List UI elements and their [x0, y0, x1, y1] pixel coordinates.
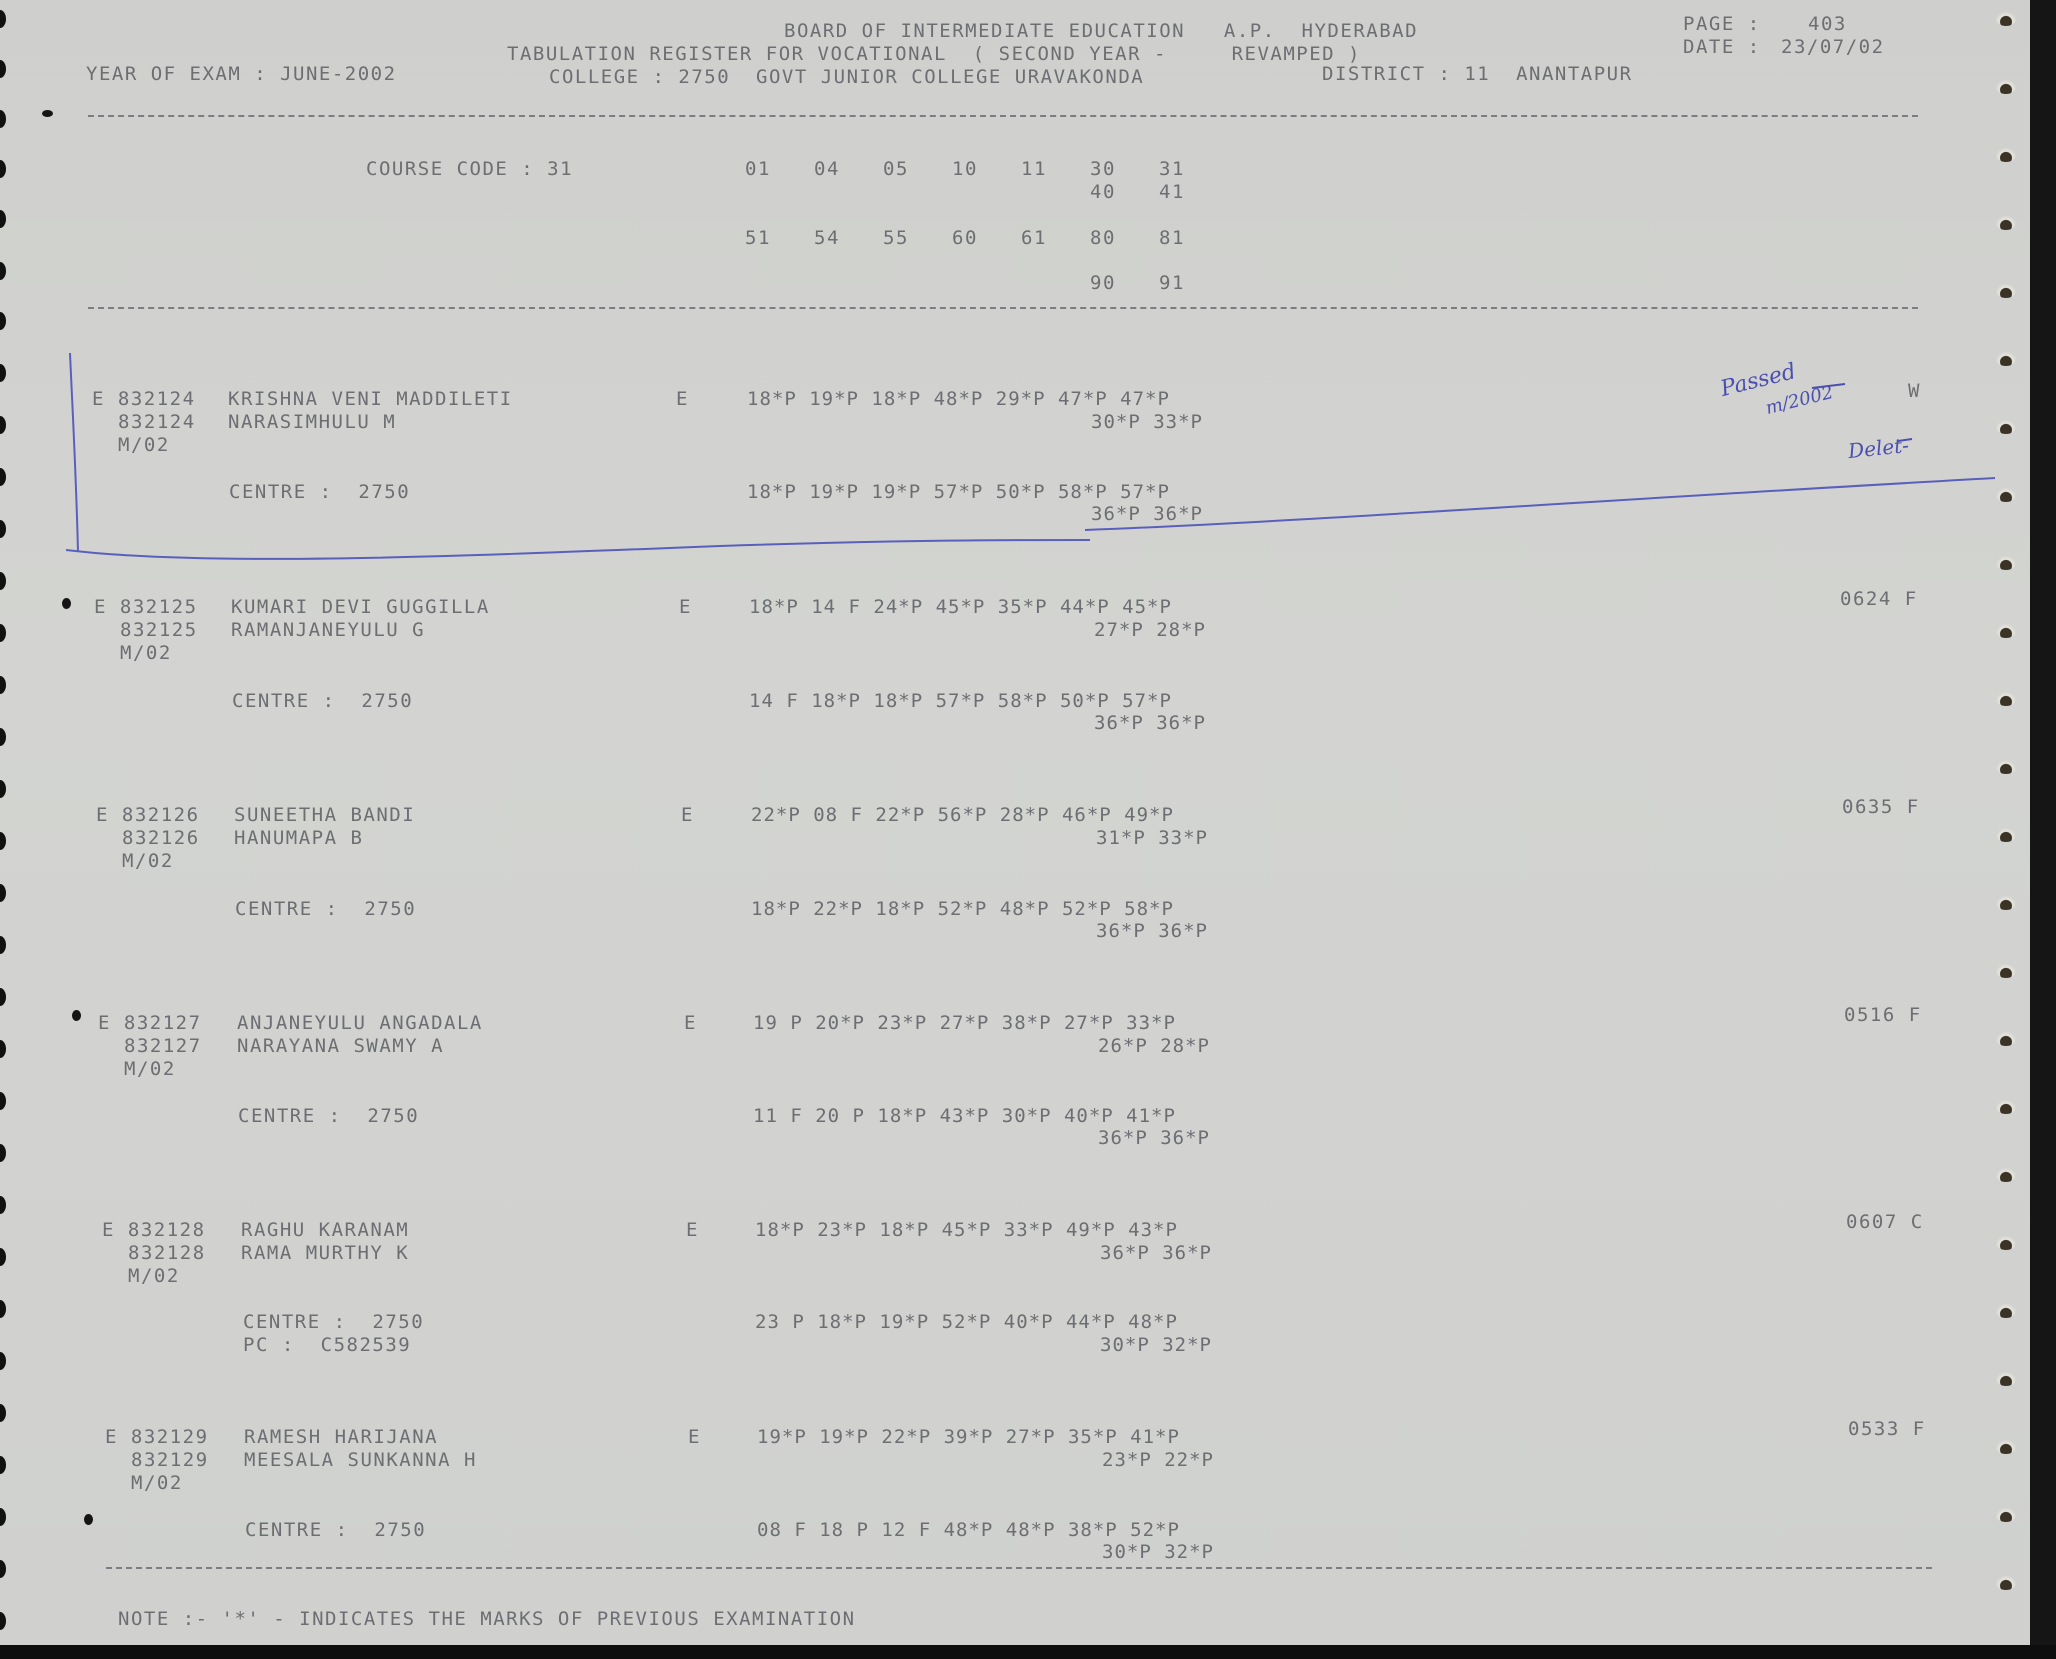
ink-dot — [62, 598, 71, 609]
printout-page: BOARD OF INTERMEDIATE EDUCATION A.P. HYD… — [0, 0, 2033, 1645]
pen-bracket-annotation — [0, 0, 2030, 1645]
page-shadow — [0, 1645, 2056, 1659]
ink-dot — [84, 1514, 93, 1525]
page-edge — [2030, 0, 2056, 1659]
ink-dot — [42, 110, 53, 117]
ink-dot — [72, 1010, 81, 1021]
